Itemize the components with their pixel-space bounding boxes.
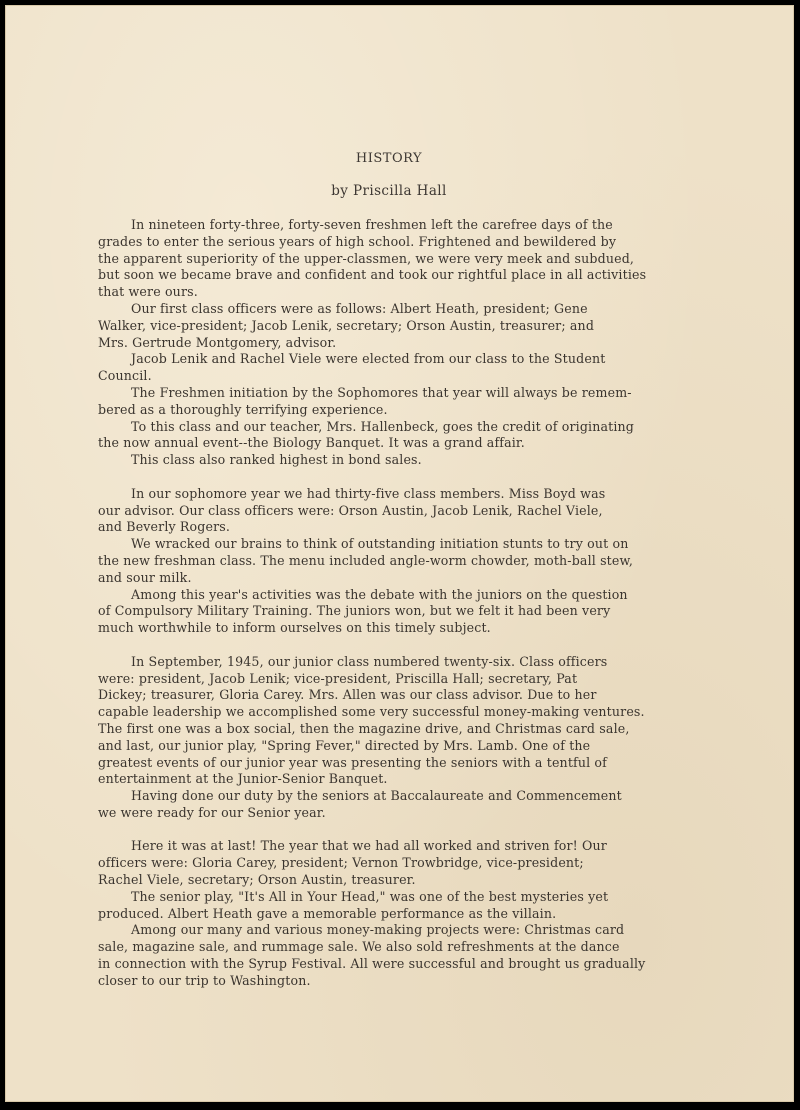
text-line: In nineteen forty-three, forty-seven fre… [98, 217, 738, 234]
paragraph: We wracked our brains to think of outsta… [98, 536, 738, 586]
section-freshman-year: In nineteen forty-three, forty-seven fre… [98, 217, 738, 469]
paragraph: In nineteen forty-three, forty-seven fre… [98, 217, 738, 301]
paragraph: In our sophomore year we had thirty-five… [98, 486, 738, 536]
text-line: the apparent superiority of the upper-cl… [98, 251, 738, 268]
text-line: were: president, Jacob Lenik; vice-presi… [98, 671, 738, 688]
text-line: Rachel Viele, secretary; Orson Austin, t… [98, 872, 738, 889]
text-line: we were ready for our Senior year. [98, 805, 738, 822]
author-byline: by Priscilla Hall [5, 183, 773, 199]
paragraph: Our first class officers were as follows… [98, 301, 738, 351]
text-line: Jacob Lenik and Rachel Viele were electe… [98, 351, 738, 368]
paragraph: Having done our duty by the seniors at B… [98, 788, 738, 822]
text-line: Mrs. Gertrude Montgomery, advisor. [98, 335, 738, 352]
text-line: In September, 1945, our junior class num… [98, 654, 738, 671]
text-line: bered as a thoroughly terrifying experie… [98, 402, 738, 419]
paragraph: To this class and our teacher, Mrs. Hall… [98, 419, 738, 453]
text-line: Council. [98, 368, 738, 385]
text-line: The first one was a box social, then the… [98, 721, 738, 738]
section-sophomore-year: In our sophomore year we had thirty-five… [98, 486, 738, 637]
text-line: and last, our junior play, "Spring Fever… [98, 738, 738, 755]
text-line: the now annual event--the Biology Banque… [98, 435, 738, 452]
paragraph: Jacob Lenik and Rachel Viele were electe… [98, 351, 738, 385]
text-line: grades to enter the serious years of hig… [98, 234, 738, 251]
text-line: Having done our duty by the seniors at B… [98, 788, 738, 805]
document-body: In nineteen forty-three, forty-seven fre… [98, 217, 738, 1006]
text-line: Our first class officers were as follows… [98, 301, 738, 318]
text-line: This class also ranked highest in bond s… [98, 452, 738, 469]
page-title: HISTORY [5, 151, 773, 166]
paragraph: Among this year's activities was the deb… [98, 587, 738, 637]
paragraph: In September, 1945, our junior class num… [98, 654, 738, 788]
text-line: In our sophomore year we had thirty-five… [98, 486, 738, 503]
paragraph: The senior play, "It's All in Your Head,… [98, 889, 738, 923]
text-line: To this class and our teacher, Mrs. Hall… [98, 419, 738, 436]
text-line: We wracked our brains to think of outsta… [98, 536, 738, 553]
text-line: the new freshman class. The menu include… [98, 553, 738, 570]
text-line: The senior play, "It's All in Your Head,… [98, 889, 738, 906]
text-line: Among our many and various money-making … [98, 922, 738, 939]
text-line: of Compulsory Military Training. The jun… [98, 603, 738, 620]
text-line: but soon we became brave and confident a… [98, 267, 738, 284]
text-line: sale, magazine sale, and rummage sale. W… [98, 939, 738, 956]
section-junior-year: In September, 1945, our junior class num… [98, 654, 738, 822]
text-line: Here it was at last! The year that we ha… [98, 838, 738, 855]
text-line: and Beverly Rogers. [98, 519, 738, 536]
text-line: The Freshmen initiation by the Sophomore… [98, 385, 738, 402]
section-senior-year: Here it was at last! The year that we ha… [98, 838, 738, 989]
text-line: officers were: Gloria Carey, president; … [98, 855, 738, 872]
text-line: greatest events of our junior year was p… [98, 755, 738, 772]
text-line: and sour milk. [98, 570, 738, 587]
text-line: produced. Albert Heath gave a memorable … [98, 906, 738, 923]
text-line: in connection with the Syrup Festival. A… [98, 956, 738, 973]
text-line: Dickey; treasurer, Gloria Carey. Mrs. Al… [98, 687, 738, 704]
paragraph: Here it was at last! The year that we ha… [98, 838, 738, 888]
text-line: closer to our trip to Washington. [98, 973, 738, 990]
text-line: capable leadership we accomplished some … [98, 704, 738, 721]
paragraph: This class also ranked highest in bond s… [98, 452, 738, 469]
paragraph: Among our many and various money-making … [98, 922, 738, 989]
paragraph: The Freshmen initiation by the Sophomore… [98, 385, 738, 419]
text-line: that were ours. [98, 284, 738, 301]
text-line: entertainment at the Junior-Senior Banqu… [98, 771, 738, 788]
text-line: much worthwhile to inform ourselves on t… [98, 620, 738, 637]
text-line: Walker, vice-president; Jacob Lenik, sec… [98, 318, 738, 335]
text-line: Among this year's activities was the deb… [98, 587, 738, 604]
document-page: HISTORY by Priscilla Hall In nineteen fo… [5, 5, 794, 1102]
text-line: our advisor. Our class officers were: Or… [98, 503, 738, 520]
